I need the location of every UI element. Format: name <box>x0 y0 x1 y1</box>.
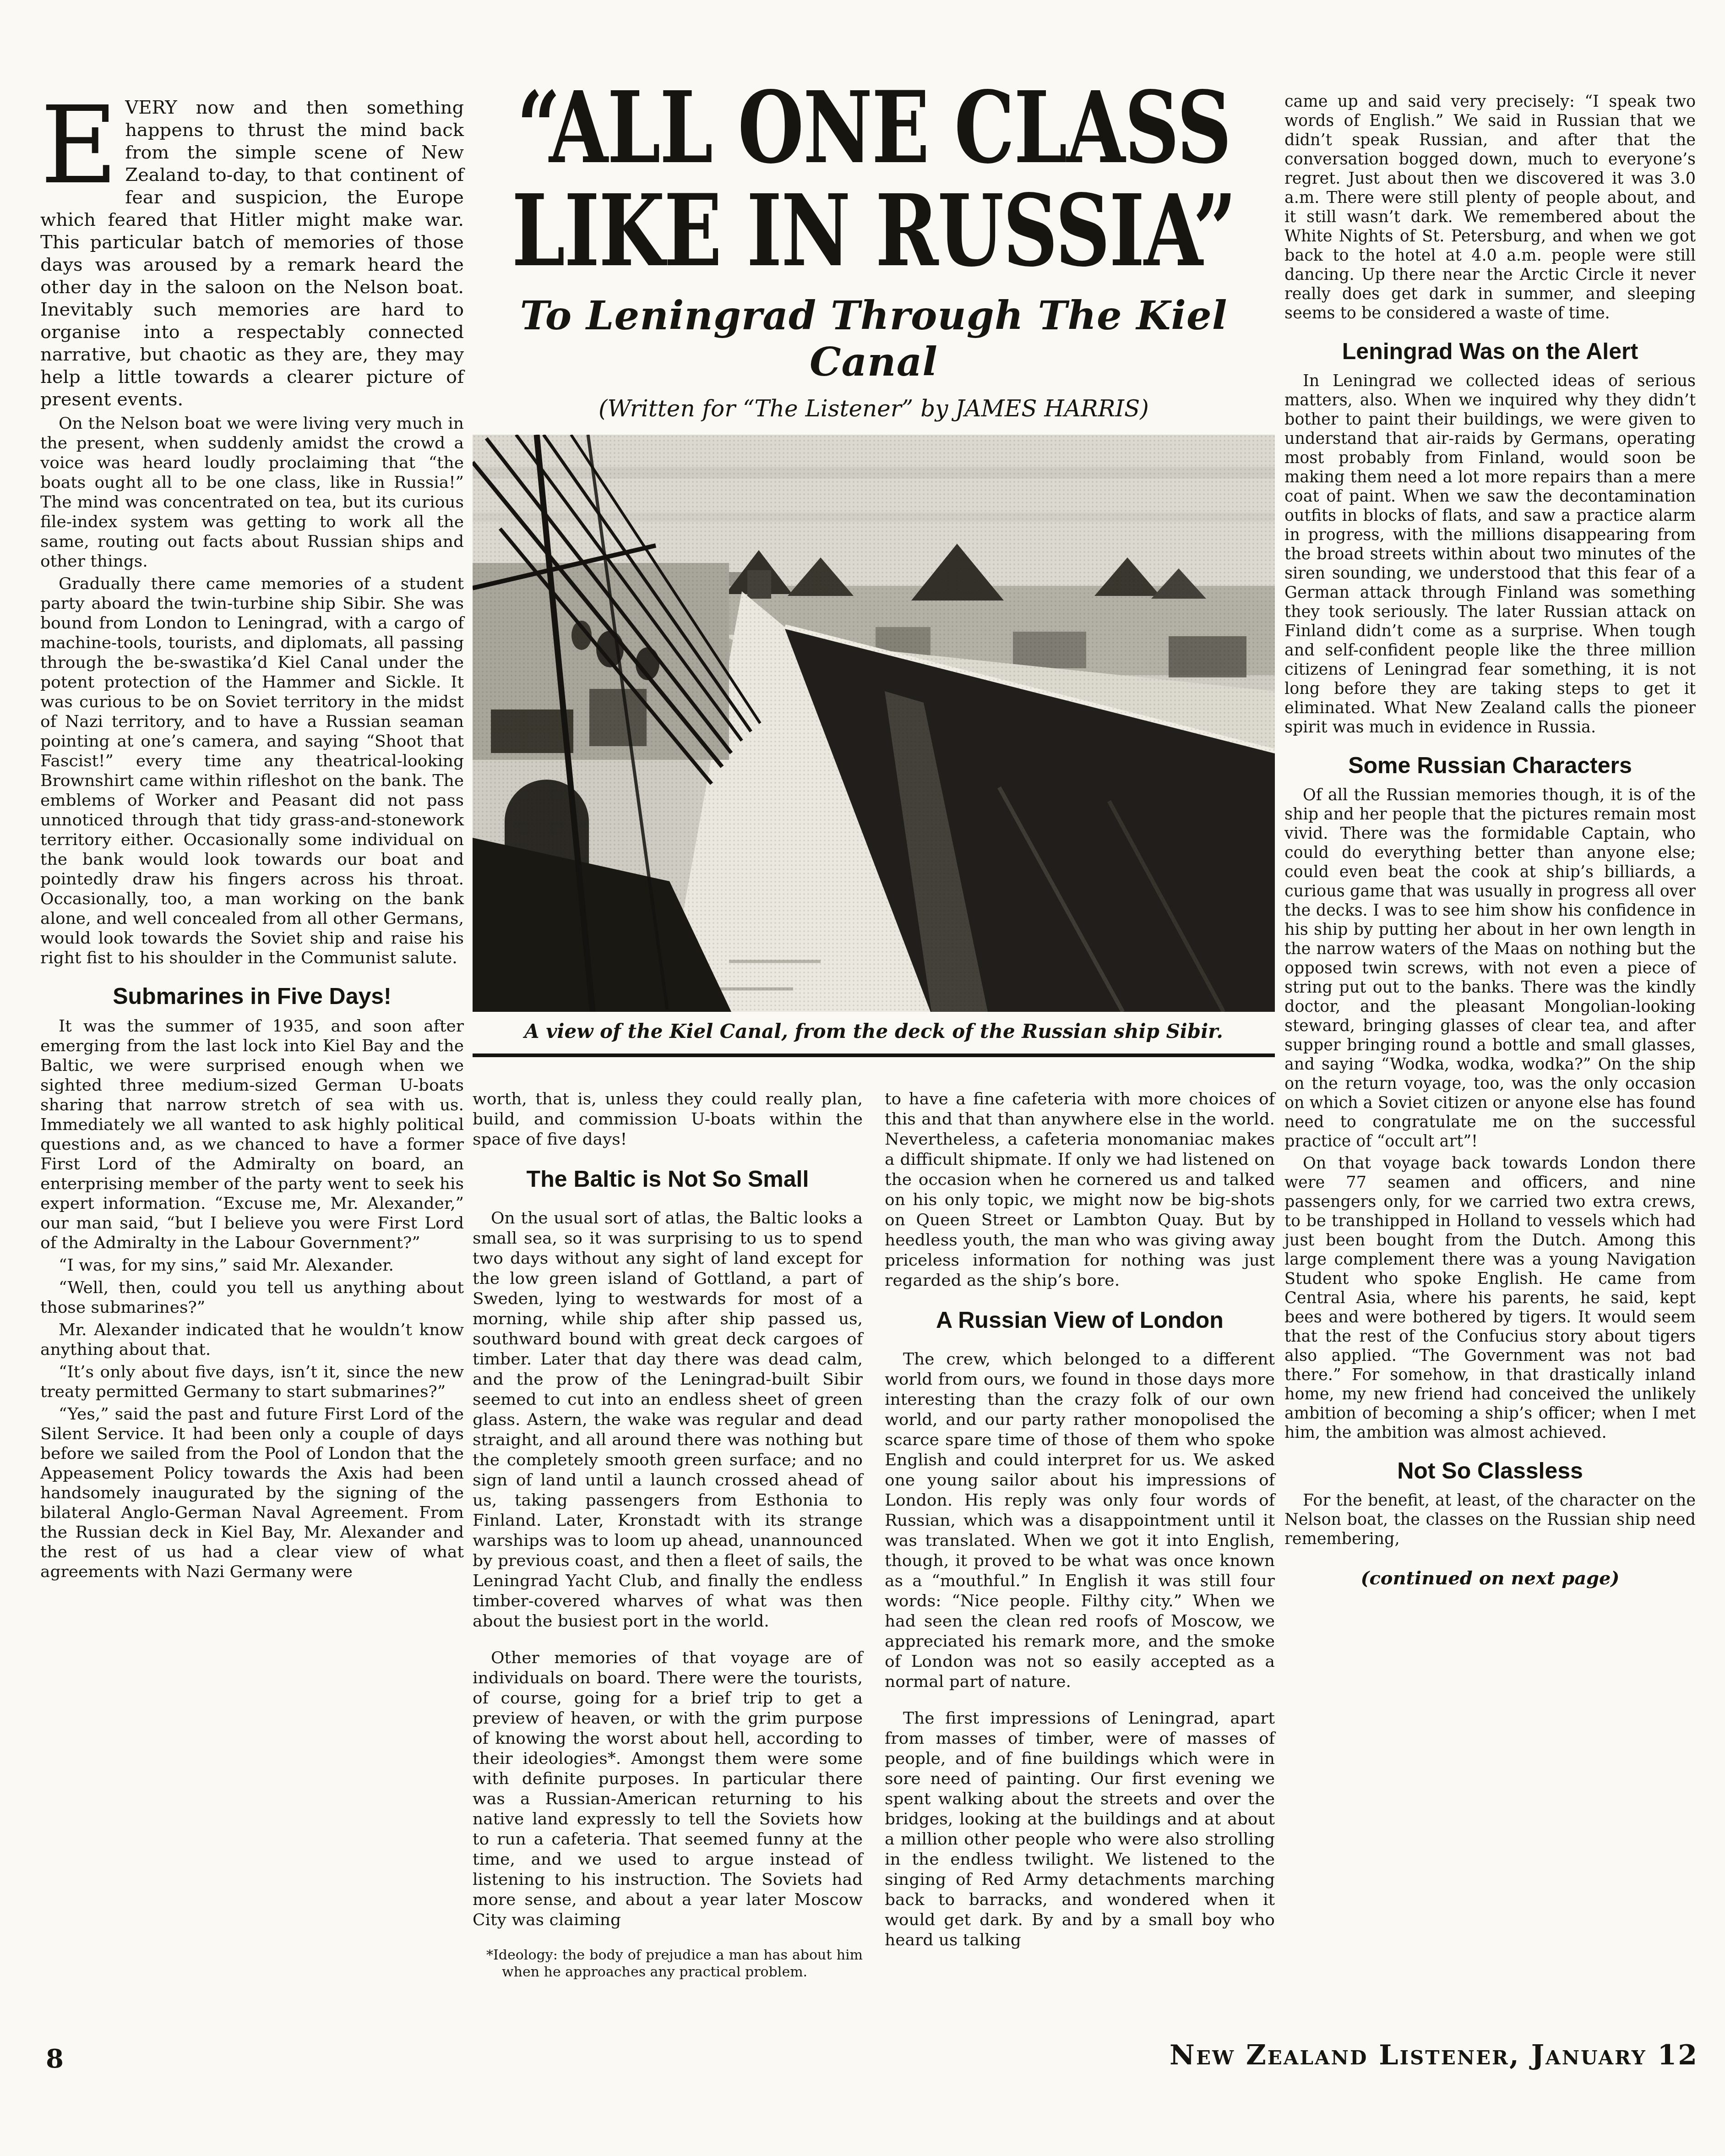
subhead-russian-view-of-london: A Russian View of London <box>885 1307 1275 1333</box>
drop-cap: E <box>40 97 125 188</box>
masthead-footer: New Zealand Listener, January 12 <box>1170 2039 1698 2071</box>
divider-rule <box>473 1053 1275 1057</box>
column-right: came up and said very precisely: “I spea… <box>1284 89 1696 2041</box>
kiel-canal-photo-art <box>473 435 1275 1012</box>
newspaper-page: EVERY now and then something happens to … <box>0 0 1725 2156</box>
subhead-some-russian-characters: Some Russian Characters <box>1284 753 1696 778</box>
paragraph: Other memories of that voyage are of ind… <box>473 1648 863 1930</box>
continued-notice: (continued on next page) <box>1284 1569 1696 1588</box>
column-middle-left: worth, that is, unless they could really… <box>473 1073 863 1994</box>
paragraph: worth, that is, unless they could really… <box>473 1089 863 1150</box>
paragraph: The crew, which belonged to a different … <box>885 1349 1275 1692</box>
paragraph: For the benefit, at least, of the charac… <box>1284 1491 1696 1549</box>
article-headline: “ALL ONE CLASS LIKE IN RUSSIA” <box>473 77 1275 354</box>
column-middle-right: to have a fine cafeteria with more choic… <box>885 1073 1275 1994</box>
paragraph: In Leningrad we collected ideas of serio… <box>1284 371 1696 737</box>
subhead-baltic-not-so-small: The Baltic is Not So Small <box>473 1166 863 1192</box>
paragraph: “I was, for my sins,” said Mr. Alexander… <box>40 1255 464 1275</box>
paragraph: “Well, then, could you tell us anything … <box>40 1278 464 1317</box>
center-block: “ALL ONE CLASS LIKE IN RUSSIA” To Lening… <box>473 77 1275 1994</box>
paragraph: The first impressions of Leningrad, apar… <box>885 1708 1275 1950</box>
opening-paragraph: EVERY now and then something happens to … <box>40 97 464 411</box>
paragraph: to have a fine cafeteria with more choic… <box>885 1089 1275 1291</box>
paragraph: On the usual sort of atlas, the Baltic l… <box>473 1208 863 1632</box>
article-byline: (Written for “The Listener” by JAMES HAR… <box>473 395 1275 422</box>
paragraph: Of all the Russian memories though, it i… <box>1284 786 1696 1151</box>
page-number: 8 <box>46 2044 64 2074</box>
paragraph: “Yes,” said the past and future First Lo… <box>40 1404 464 1582</box>
paragraph: came up and said very precisely: “I spea… <box>1284 92 1696 323</box>
subhead-leningrad-on-the-alert: Leningrad Was on the Alert <box>1284 338 1696 364</box>
subhead-not-so-classless: Not So Classless <box>1284 1458 1696 1484</box>
paragraph: On that voyage back towards London there… <box>1284 1154 1696 1442</box>
paragraph: Mr. Alexander indicated that he wouldn’t… <box>40 1320 464 1359</box>
paragraph: Gradually there came memories of a stude… <box>40 574 464 968</box>
paragraph: It was the summer of 1935, and soon afte… <box>40 1016 464 1253</box>
middle-columns: worth, that is, unless they could really… <box>473 1073 1275 1994</box>
column-left: EVERY now and then something happens to … <box>40 94 464 2036</box>
kiel-canal-photo <box>473 435 1275 1012</box>
footnote-ideology: *Ideology: the body of prejudice a man h… <box>473 1947 863 1981</box>
photo-caption: A view of the Kiel Canal, from the deck … <box>473 1020 1275 1043</box>
paragraph: “It’s only about five days, isn’t it, si… <box>40 1362 464 1402</box>
subhead-submarines-in-five-days: Submarines in Five Days! <box>40 983 464 1009</box>
paragraph: On the Nelson boat we were living very m… <box>40 414 464 571</box>
